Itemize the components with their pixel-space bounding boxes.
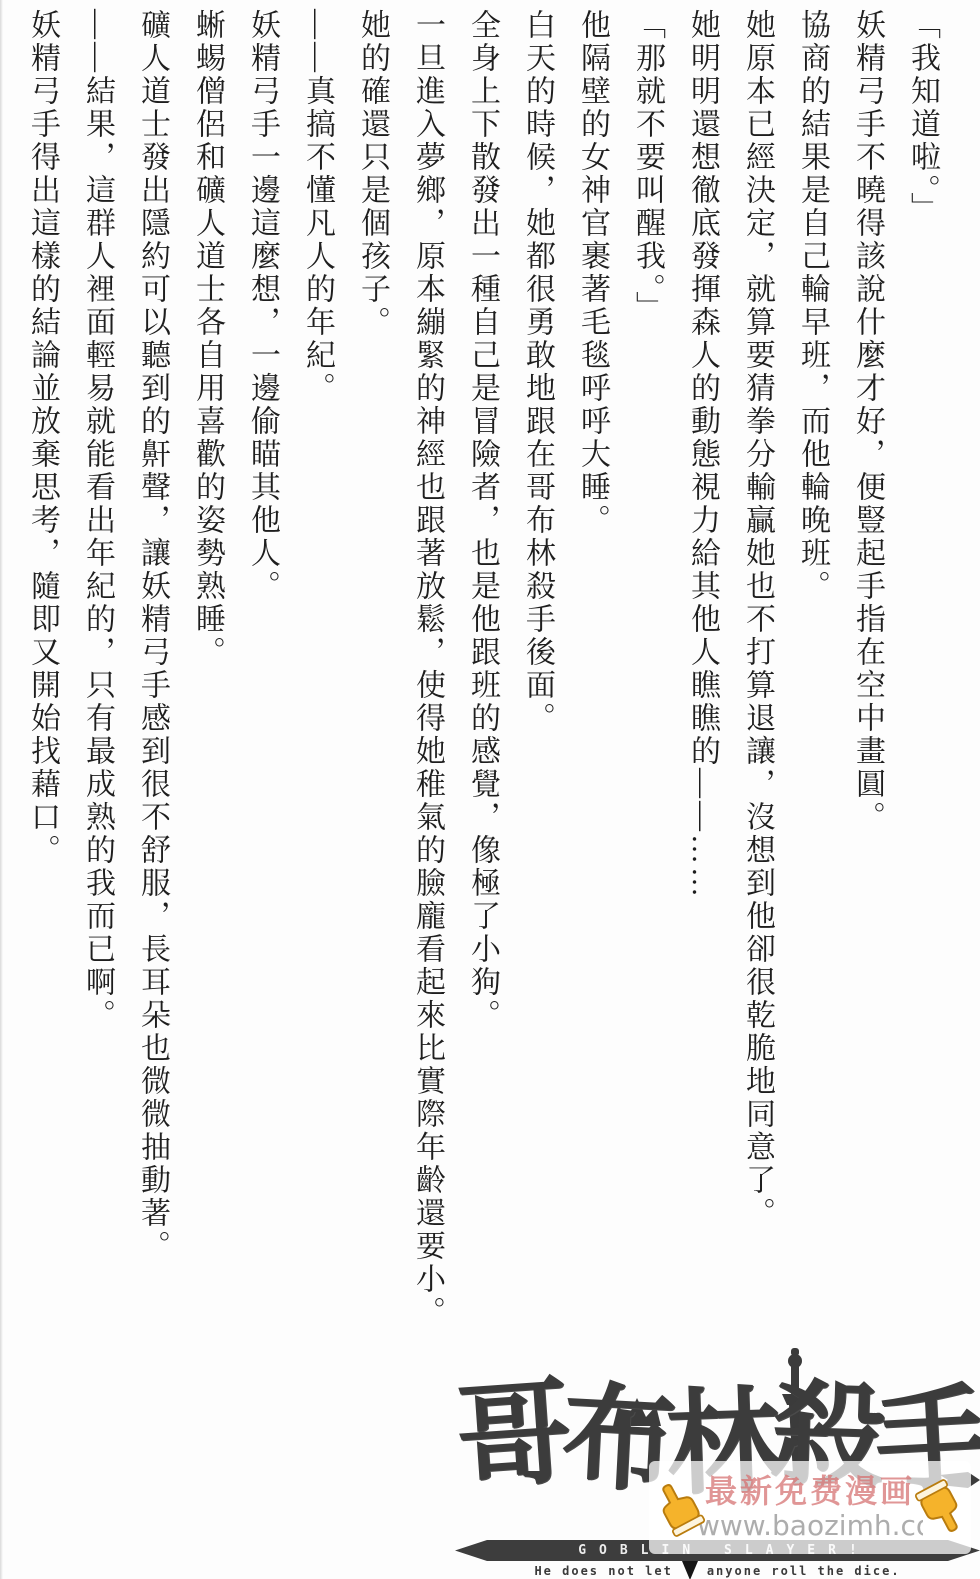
tagline-right: anyone roll the dice.: [707, 1564, 901, 1578]
novel-paragraph: 「那就不要叫醒我。」: [620, 9, 675, 1444]
tagline-left: He does not let: [534, 1564, 672, 1578]
novel-paragraph: ——真搞不懂凡人的年紀。: [290, 9, 345, 1444]
logo-tagline: He does not letanyone roll the dice.: [455, 1564, 980, 1579]
novel-paragraph: ——結果，這群人裡面輕易就能看出年紀的，只有最成熟的我而已啊。: [70, 9, 125, 1444]
novel-paragraph: 妖精弓手得出這樣的結論並放棄思考，隨即又開始找藉口。: [15, 9, 70, 1444]
novel-paragraph: 一旦進入夢鄉，原本繃緊的神經也跟著放鬆，使得她稚氣的臉龐看起來比實際年齡還要小。: [400, 9, 455, 1444]
novel-paragraph: 妖精弓手不曉得該說什麼才好，便豎起手指在空中畫圓。: [840, 9, 895, 1444]
watermark-text: 最新免费漫画 www.baozimh.com: [697, 1473, 923, 1542]
site-watermark: 最新免费漫画 www.baozimh.com: [649, 1461, 971, 1554]
novel-paragraph: 全身上下散發出一種自己是冒險者，也是他跟班的感覺，像極了小狗。: [455, 9, 510, 1444]
watermark-site-name: 最新免费漫画: [697, 1473, 923, 1510]
logo-character: 哥: [453, 1367, 566, 1505]
novel-text-area: 「我知道啦。」妖精弓手不曉得該說什麼才好，便豎起手指在空中畫圓。協商的結果是自己…: [15, 9, 950, 1444]
novel-paragraph: 協商的結果是自己輪早班，而他輪晚班。: [785, 9, 840, 1444]
novel-paragraph: 妖精弓手一邊這麼想，一邊偷瞄其他人。: [235, 9, 290, 1444]
novel-paragraph: 她的確還只是個孩子。: [345, 9, 400, 1444]
novel-paragraph: 他隔壁的女神官裹著毛毯呼呼大睡。: [565, 9, 620, 1444]
scan-edge-shadow: [0, 0, 3, 1579]
novel-paragraph: 「我知道啦。」: [895, 9, 950, 1444]
novel-paragraph: 礦人道士發出隱約可以聽到的鼾聲，讓妖精弓手感到很不舒服，長耳朵也微微抽動著。: [125, 9, 180, 1444]
novel-paragraph: 她明明還想徹底發揮森人的動態視力給其他人瞧瞧的——……: [675, 9, 730, 1444]
sword-tip-icon: [682, 1561, 698, 1579]
novel-paragraph: 白天的時候，她都很勇敢地跟在哥布林殺手後面。: [510, 9, 565, 1444]
watermark-site-url: www.baozimh.com: [697, 1511, 923, 1542]
novel-paragraph: 蜥蜴僧侶和礦人道士各自用喜歡的姿勢熟睡。: [180, 9, 235, 1444]
novel-paragraph: 她原本已經決定，就算要猜拳分輸贏她也不打算退讓，沒想到他卻很乾脆地同意了。: [730, 9, 785, 1444]
